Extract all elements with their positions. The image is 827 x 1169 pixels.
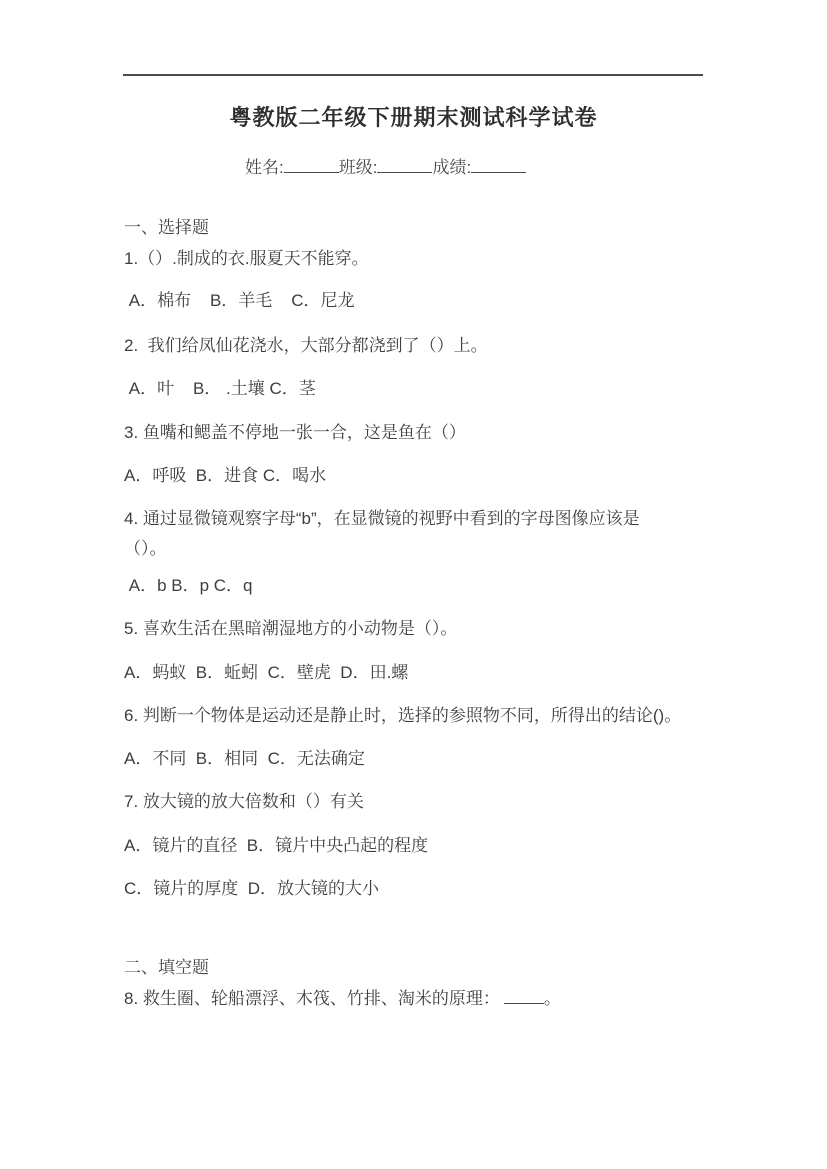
question-5-text: 5. 喜欢生活在黑暗潮湿地方的小动物是（）。 bbox=[124, 617, 457, 641]
question-6-text: 6. 判断一个物体是运动还是静止时，选择的参照物不同，所得出的结论()。 bbox=[124, 704, 681, 728]
question-1-options: A．棉布 B．羊毛 C．尼龙 bbox=[124, 289, 354, 313]
question-7-text: 7. 放大镜的放大倍数和（）有关 bbox=[124, 790, 364, 814]
question-2-text: 2. 我们给凤仙花浇水，大部分都浇到了（）上。 bbox=[124, 334, 488, 358]
question-3-text: 3. 鱼嘴和鳃盖不停地一张一合，这是鱼在（） bbox=[124, 421, 466, 445]
section-2-heading: 二、填空题 bbox=[124, 956, 209, 980]
question-8-prefix: 8. 救生圈、轮船漂浮、木筏、竹排、淘米的原理： bbox=[124, 989, 500, 1008]
question-1-text: 1.（）.制成的衣.服夏天不能穿。 bbox=[124, 247, 369, 271]
question-7-options-ab: A．镜片的直径 B．镜片中央凸起的程度 bbox=[124, 834, 428, 858]
name-label: 姓名: bbox=[245, 158, 284, 177]
question-7-options-cd: C．镜片的厚度 D．放大镜的大小 bbox=[124, 877, 379, 901]
question-5-options: A．蚂蚁 B．蚯蚓 C．壁虎 D．田.螺 bbox=[124, 661, 408, 685]
question-2-options: A．叶 B． .土壤 C．茎 bbox=[124, 377, 316, 401]
question-8-suffix: 。 bbox=[544, 989, 561, 1008]
student-info-row: 姓名:班级:成绩: bbox=[245, 153, 526, 178]
class-label: 班级: bbox=[339, 158, 378, 177]
question-4-options: A．b B．p C．q bbox=[124, 574, 253, 598]
section-1-heading: 一、选择题 bbox=[124, 216, 209, 240]
question-4-text-line2: （）。 bbox=[124, 537, 167, 561]
question-4-text-line1: 4. 通过显微镜观察字母“b”，在显微镜的视野中看到的字母图像应该是 bbox=[124, 507, 640, 531]
title-divider-line bbox=[123, 74, 703, 76]
question-3-options: A．呼吸 B．进食 C．喝水 bbox=[124, 464, 326, 488]
question-8-blank bbox=[504, 989, 544, 1004]
score-label: 成绩: bbox=[432, 158, 471, 177]
page-title: 粤教版二年级下册期末测试科学试卷 bbox=[0, 101, 827, 132]
exam-paper-page: 粤教版二年级下册期末测试科学试卷 姓名:班级:成绩: 一、选择题 1.（）.制成… bbox=[0, 0, 827, 1169]
question-6-options: A．不同 B．相同 C．无法确定 bbox=[124, 747, 365, 771]
name-blank bbox=[284, 158, 339, 173]
score-blank bbox=[471, 158, 526, 173]
class-blank bbox=[377, 158, 432, 173]
question-8-text: 8. 救生圈、轮船漂浮、木筏、竹排、淘米的原理：。 bbox=[124, 987, 561, 1011]
